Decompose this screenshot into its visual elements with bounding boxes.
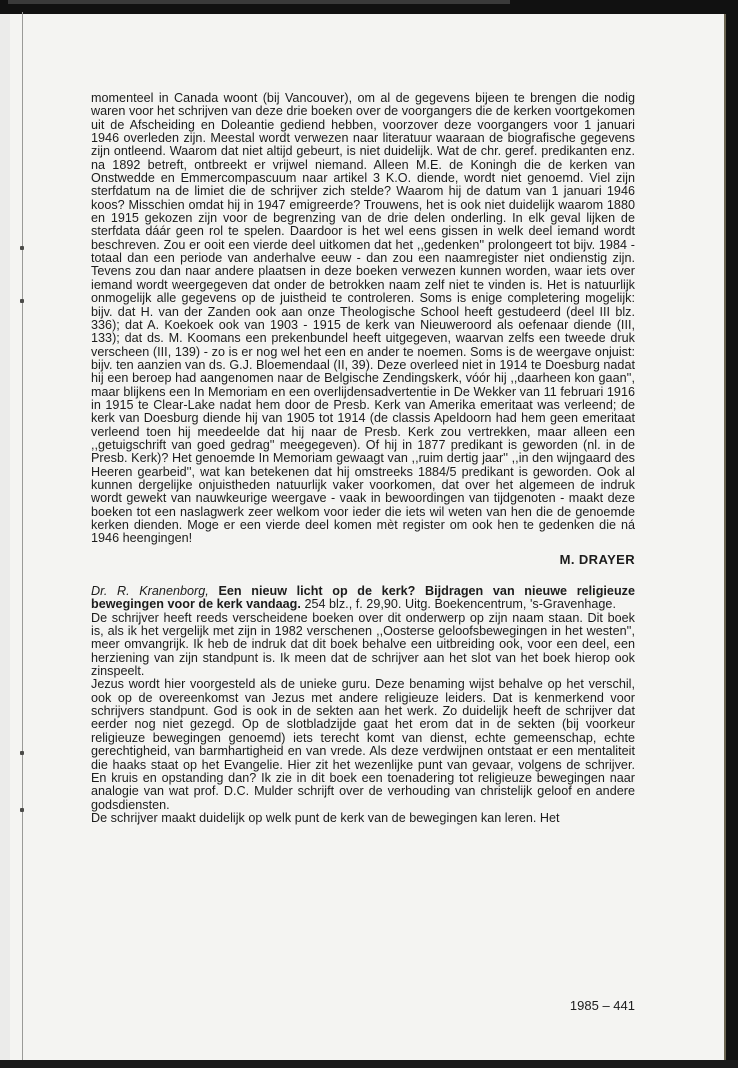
- review-paragraph: De schrijver heeft reeds verscheidene bo…: [91, 612, 635, 679]
- page-number: 1985 – 441: [555, 998, 635, 1013]
- binding-mark: [20, 751, 24, 755]
- reviewer-signature: M. DRAYER: [91, 553, 635, 566]
- scan-border-top: [0, 0, 738, 14]
- book-publication-info: 254 blz., f. 29,90. Uitg. Boekencentrum,…: [304, 597, 616, 611]
- binding-mark: [20, 808, 24, 812]
- book-author: Dr. R. Kranenborg,: [91, 584, 209, 598]
- page-body: momenteel in Canada woont (bij Vancouver…: [91, 92, 635, 825]
- binding-mark: [20, 246, 24, 250]
- scan-border-top-shadow: [8, 0, 510, 4]
- binding-mark: [20, 299, 24, 303]
- review-body-paragraph: momenteel in Canada woont (bij Vancouver…: [91, 92, 635, 546]
- scan-border-bottom: [0, 1060, 738, 1068]
- binding-edge-line: [22, 12, 23, 1060]
- review-paragraph: Jezus wordt hier voorgesteld als de unie…: [91, 678, 635, 811]
- review-paragraph: De schrijver maakt duidelijk op welk pun…: [91, 812, 635, 825]
- book-citation: Dr. R. Kranenborg, Een nieuw licht op de…: [91, 585, 635, 612]
- scan-border-left: [0, 14, 10, 1060]
- scan-border-right: [726, 0, 738, 1068]
